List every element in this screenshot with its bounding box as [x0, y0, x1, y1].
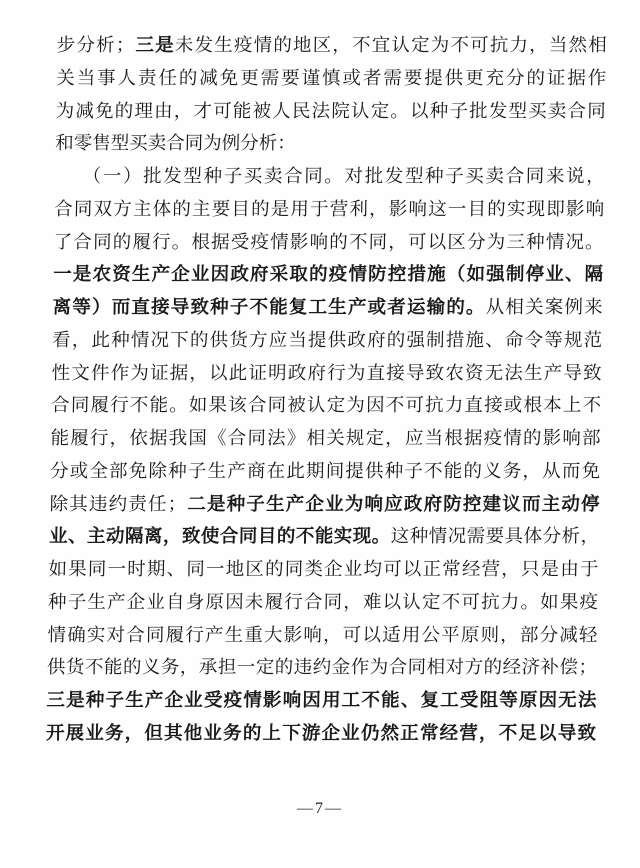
text-run: 和零售型买卖合同为例分析：	[55, 134, 296, 154]
page-number: —7—	[0, 800, 640, 818]
text-line: 一是农资生产企业因政府采取的疫情防控措施（如强制停业、隔	[53, 259, 604, 292]
text-run: 看，此种情况下的供货方应当提供政府的强制措施、命令等规范	[52, 331, 602, 351]
text-line: 合同双方主体的主要目的是用于营利，影响这一目的实现即影响	[54, 194, 605, 227]
text-run: 这种情况需要具体分析，	[391, 527, 600, 547]
text-line: 性文件作为证据，以此证明政府行为直接导致农资无法生产导致	[51, 358, 602, 391]
bold-text-run: 离等）而直接导致种子不能复工生产或者运输的。	[52, 298, 485, 318]
text-line: 看，此种情况下的供货方应当提供政府的强制措施、命令等规范	[52, 325, 603, 358]
text-line: 了合同的履行。根据受疫情影响的不同，可以区分为三种情况。	[53, 227, 604, 260]
text-line: 情确实对合同履行产生重大影响，可以适用公平原则，部分减轻	[47, 620, 598, 653]
bold-text-run: 二是种子生产企业为响应政府防控建议而主动停	[186, 495, 600, 515]
text-line: 分或全部免除种子生产商在此期间提供种子不能的义务，从而免	[50, 456, 601, 489]
text-run: 步分析；	[57, 36, 135, 56]
text-line: 除其违约责任；二是种子生产企业为响应政府防控建议而主动停	[49, 489, 600, 522]
bold-text-run: 开展业务，但其他业务的上下游企业仍然正常经营，不足以导致	[46, 724, 596, 744]
bold-text-run: 三是种子生产企业受疫情影响因用工不能、复工受阻等原因无法	[46, 691, 596, 711]
text-run: 合同双方主体的主要目的是用于营利，影响这一目的实现即影响	[54, 200, 604, 220]
text-run: 合同履行不能。如果该合同被认定为因不可抗力直接或根本上不	[51, 396, 601, 416]
text-run: 如果同一时期、同一地区的同类企业均可以正常经营，只是由于	[48, 560, 598, 580]
document-page: 步分析；三是未发生疫情的地区，不宜认定为不可抗力，当然相关当事人责任的减免更需要…	[0, 0, 640, 868]
text-line: 供货不能的义务，承担一定的违约金作为合同相对方的经济补偿；	[47, 652, 598, 685]
text-run: 能履行，依据我国《合同法》相关规定，应当根据疫情的影响部	[50, 429, 600, 449]
text-run: 从相关案例来	[486, 298, 603, 318]
document-text: 步分析；三是未发生疫情的地区，不宜认定为不可抗力，当然相关当事人责任的减免更需要…	[46, 30, 607, 751]
text-line: 步分析；三是未发生疫情的地区，不宜认定为不可抗力，当然相	[56, 30, 607, 63]
text-line: 如果同一时期、同一地区的同类企业均可以正常经营，只是由于	[48, 554, 599, 587]
text-line: （一）批发型种子买卖合同。对批发型种子买卖合同来说，	[54, 161, 605, 194]
text-line: 关当事人责任的减免更需要谨慎或者需要提供更充分的证据作	[56, 63, 607, 96]
bold-text-run: 三是	[134, 36, 175, 56]
text-line: 开展业务，但其他业务的上下游企业仍然正常经营，不足以导致	[46, 718, 597, 751]
text-run: 未发生疫情的地区，不宜认定为不可抗力，当然相	[175, 36, 607, 56]
bold-text-run: 一是农资生产企业因政府采取的疫情防控措施（如强制停业、隔	[53, 265, 603, 285]
text-run: 了合同的履行。根据受疫情影响的不同，可以区分为三种情况。	[54, 233, 604, 253]
text-line: 离等）而直接导致种子不能复工生产或者运输的。从相关案例来	[52, 292, 603, 325]
text-run: 为减免的理由，才可能被人民法院认定。以种子批发型买卖合同	[56, 102, 606, 122]
bold-text-run: 业、主动隔离，致使合同目的不能实现。	[49, 527, 391, 547]
text-line: 业、主动隔离，致使合同目的不能实现。这种情况需要具体分析，	[49, 521, 600, 554]
text-run: 分或全部免除种子生产商在此期间提供种子不能的义务，从而免	[50, 462, 600, 482]
text-run: 情确实对合同履行产生重大影响，可以适用公平原则，部分减轻	[47, 626, 597, 646]
text-run: 种子生产企业自身原因未履行合同，难以认定不可抗力。如果疫	[48, 593, 598, 613]
text-run: 除其违约责任；	[49, 495, 186, 515]
text-line: 合同履行不能。如果该合同被认定为因不可抗力直接或根本上不	[51, 390, 602, 423]
text-run: 性文件作为证据，以此证明政府行为直接导致农资无法生产导致	[51, 364, 601, 384]
text-run: （一）批发型种子买卖合同。对批发型种子买卖合同来说，	[83, 167, 605, 187]
text-line: 三是种子生产企业受疫情影响因用工不能、复工受阻等原因无法	[46, 685, 597, 718]
text-run: 关当事人责任的减免更需要谨慎或者需要提供更充分的证据作	[56, 69, 606, 89]
text-line: 为减免的理由，才可能被人民法院认定。以种子批发型买卖合同	[55, 96, 606, 129]
text-run: 供货不能的义务，承担一定的违约金作为合同相对方的经济补偿；	[47, 658, 597, 678]
text-line: 和零售型买卖合同为例分析：	[55, 128, 606, 161]
text-line: 种子生产企业自身原因未履行合同，难以认定不可抗力。如果疫	[48, 587, 599, 620]
text-line: 能履行，依据我国《合同法》相关规定，应当根据疫情的影响部	[50, 423, 601, 456]
